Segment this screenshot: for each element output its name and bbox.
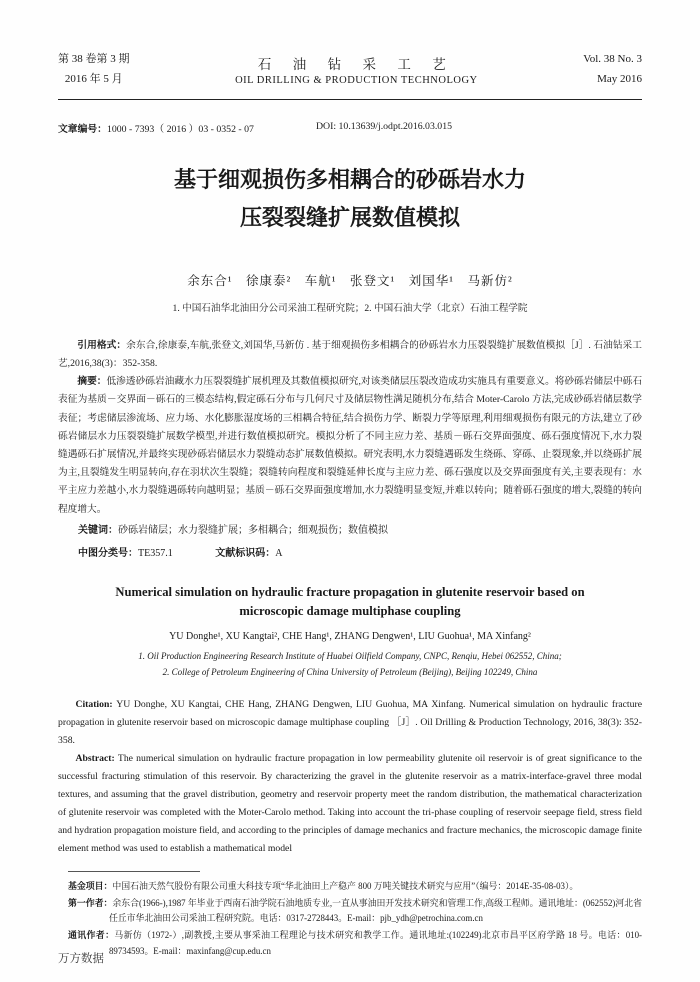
abstract-cn-text: 低渗透砂砾岩油藏水力压裂裂缝扩展机理及其数值模拟研究,对该类储层压裂改造成功实施…: [58, 376, 642, 515]
title-line-2: 压裂裂缝扩展数值模拟: [240, 205, 460, 230]
doi: DOI: 10.13639/j.odpt.2016.03.015: [316, 121, 452, 135]
header-divider: [58, 99, 642, 100]
article-number-label: 文章编号：: [58, 124, 107, 135]
date-cn: 2016 年 5 月: [58, 70, 130, 90]
affiliations-en: 1. Oil Production Engineering Research I…: [58, 648, 642, 680]
title-line-1: 基于细观损伤多相耦合的砂砾岩水力: [174, 167, 526, 192]
footnote-first-author: 第一作者：余东合(1966-),1987 年毕业于西南石油学院石油地质专业,一直…: [68, 896, 642, 928]
citation-en: Citation: YU Donghe, XU Kangtai, CHE Han…: [58, 696, 642, 750]
citation-cn-text: 余东合,徐康泰,车航,张登文,刘国华,马新仿 . 基于细观损伤多相耦合的砂砾岩水…: [58, 340, 642, 369]
first-author-text: 余东合(1966-),1987 年毕业于西南石油学院石油地质专业,一直从事油田开…: [109, 898, 642, 924]
date-en: May 2016: [583, 70, 642, 90]
keywords-line: 关键词：砂砾岩储层；水力裂缝扩展；多相耦合；细观损伤；数值模拟: [58, 521, 642, 540]
citation-cn: 引用格式：余东合,徐康泰,车航,张登文,刘国华,马新仿 . 基于细观损伤多相耦合…: [58, 337, 642, 373]
abstract-cn: 摘要：低渗透砂砾岩油藏水力压裂裂缝扩展机理及其数值模拟研究,对该类储层压裂改造成…: [58, 373, 642, 519]
wanfang-watermark: 万方数据: [58, 950, 104, 966]
corresponding-author-text: 马新仿（1972-）,副教授,主要从事采油工程理论与技术研究和教学工作。通讯地址…: [109, 930, 642, 956]
article-number-value: 1000 - 7393（ 2016 ）03 - 0352 - 07: [107, 124, 254, 135]
first-author-label: 第一作者：: [68, 898, 112, 908]
volume-issue-en: Vol. 38 No. 3: [583, 50, 642, 70]
fund-label: 基金项目：: [68, 881, 112, 891]
footnote-corresponding-author: 通讯作者：马新仿（1972-）,副教授,主要从事采油工程理论与技术研究和教学工作…: [68, 928, 642, 960]
journal-title-en: OIL DRILLING & PRODUCTION TECHNOLOGY: [130, 75, 584, 86]
fund-text: 中国石油天然气股份有限公司重大科技专项“华北油田上产稳产 800 万吨关键技术研…: [112, 881, 578, 891]
volume-issue-cn: 第 38 卷第 3 期: [58, 50, 130, 70]
clc-line: 中图分类号：TE357.1 文献标识码：A: [58, 544, 642, 563]
title-en: Numerical simulation on hydraulic fractu…: [58, 583, 642, 622]
journal-header: 第 38 卷第 3 期 2016 年 5 月 石 油 钻 采 工 艺 OIL D…: [58, 50, 642, 90]
header-volume-issue-cn: 第 38 卷第 3 期 2016 年 5 月: [58, 50, 130, 90]
article-meta-line: 文章编号：1000 - 7393（ 2016 ）03 - 0352 - 07 D…: [58, 121, 642, 135]
affiliation-en-2: 2. College of Petroleum Engineering of C…: [58, 664, 642, 680]
affiliations-cn: 1. 中国石油华北油田分公司采油工程研究院；2. 中国石油大学（北京）石油工程学…: [58, 300, 642, 314]
clc-label: 中图分类号：: [78, 548, 138, 559]
keywords-label: 关键词：: [78, 525, 118, 536]
citation-en-label: Citation:: [75, 699, 116, 710]
header-volume-issue-en: Vol. 38 No. 3 May 2016: [583, 50, 642, 90]
abstract-cn-label: 摘要：: [77, 376, 106, 387]
authors-cn: 余东合¹ 徐康泰² 车航¹ 张登文¹ 刘国华¹ 马新仿²: [58, 271, 642, 289]
abstract-en: Abstract: The numerical simulation on hy…: [58, 750, 642, 858]
abstract-en-label: Abstract:: [75, 753, 117, 764]
doc-code-value: A: [275, 548, 282, 559]
journal-title-cn: 石 油 钻 采 工 艺: [130, 54, 584, 76]
paper-page: 第 38 卷第 3 期 2016 年 5 月 石 油 钻 采 工 艺 OIL D…: [0, 0, 700, 982]
journal-title-block: 石 油 钻 采 工 艺 OIL DRILLING & PRODUCTION TE…: [130, 54, 584, 87]
affiliation-en-1: 1. Oil Production Engineering Research I…: [58, 648, 642, 664]
doc-code-label: 文献标识码：: [215, 548, 275, 559]
citation-cn-label: 引用格式：: [77, 340, 126, 351]
keywords-text: 砂砾岩储层；水力裂缝扩展；多相耦合；细观损伤；数值模拟: [118, 525, 388, 536]
footnote-divider: [68, 871, 200, 872]
abstract-en-text: The numerical simulation on hydraulic fr…: [58, 753, 642, 854]
citation-en-text: YU Donghe, XU Kangtai, CHE Hang, ZHANG D…: [58, 699, 642, 746]
clc-value: TE357.1: [138, 548, 173, 559]
footnote-fund: 基金项目：中国石油天然气股份有限公司重大科技专项“华北油田上产稳产 800 万吨…: [68, 879, 642, 895]
page-title: 基于细观损伤多相耦合的砂砾岩水力 压裂裂缝扩展数值模拟: [58, 161, 642, 238]
article-number: 文章编号：1000 - 7393（ 2016 ）03 - 0352 - 07: [58, 121, 254, 135]
authors-en: YU Donghe¹, XU Kangtai², CHE Hang¹, ZHAN…: [58, 631, 642, 642]
corresponding-author-label: 通讯作者：: [68, 930, 114, 940]
